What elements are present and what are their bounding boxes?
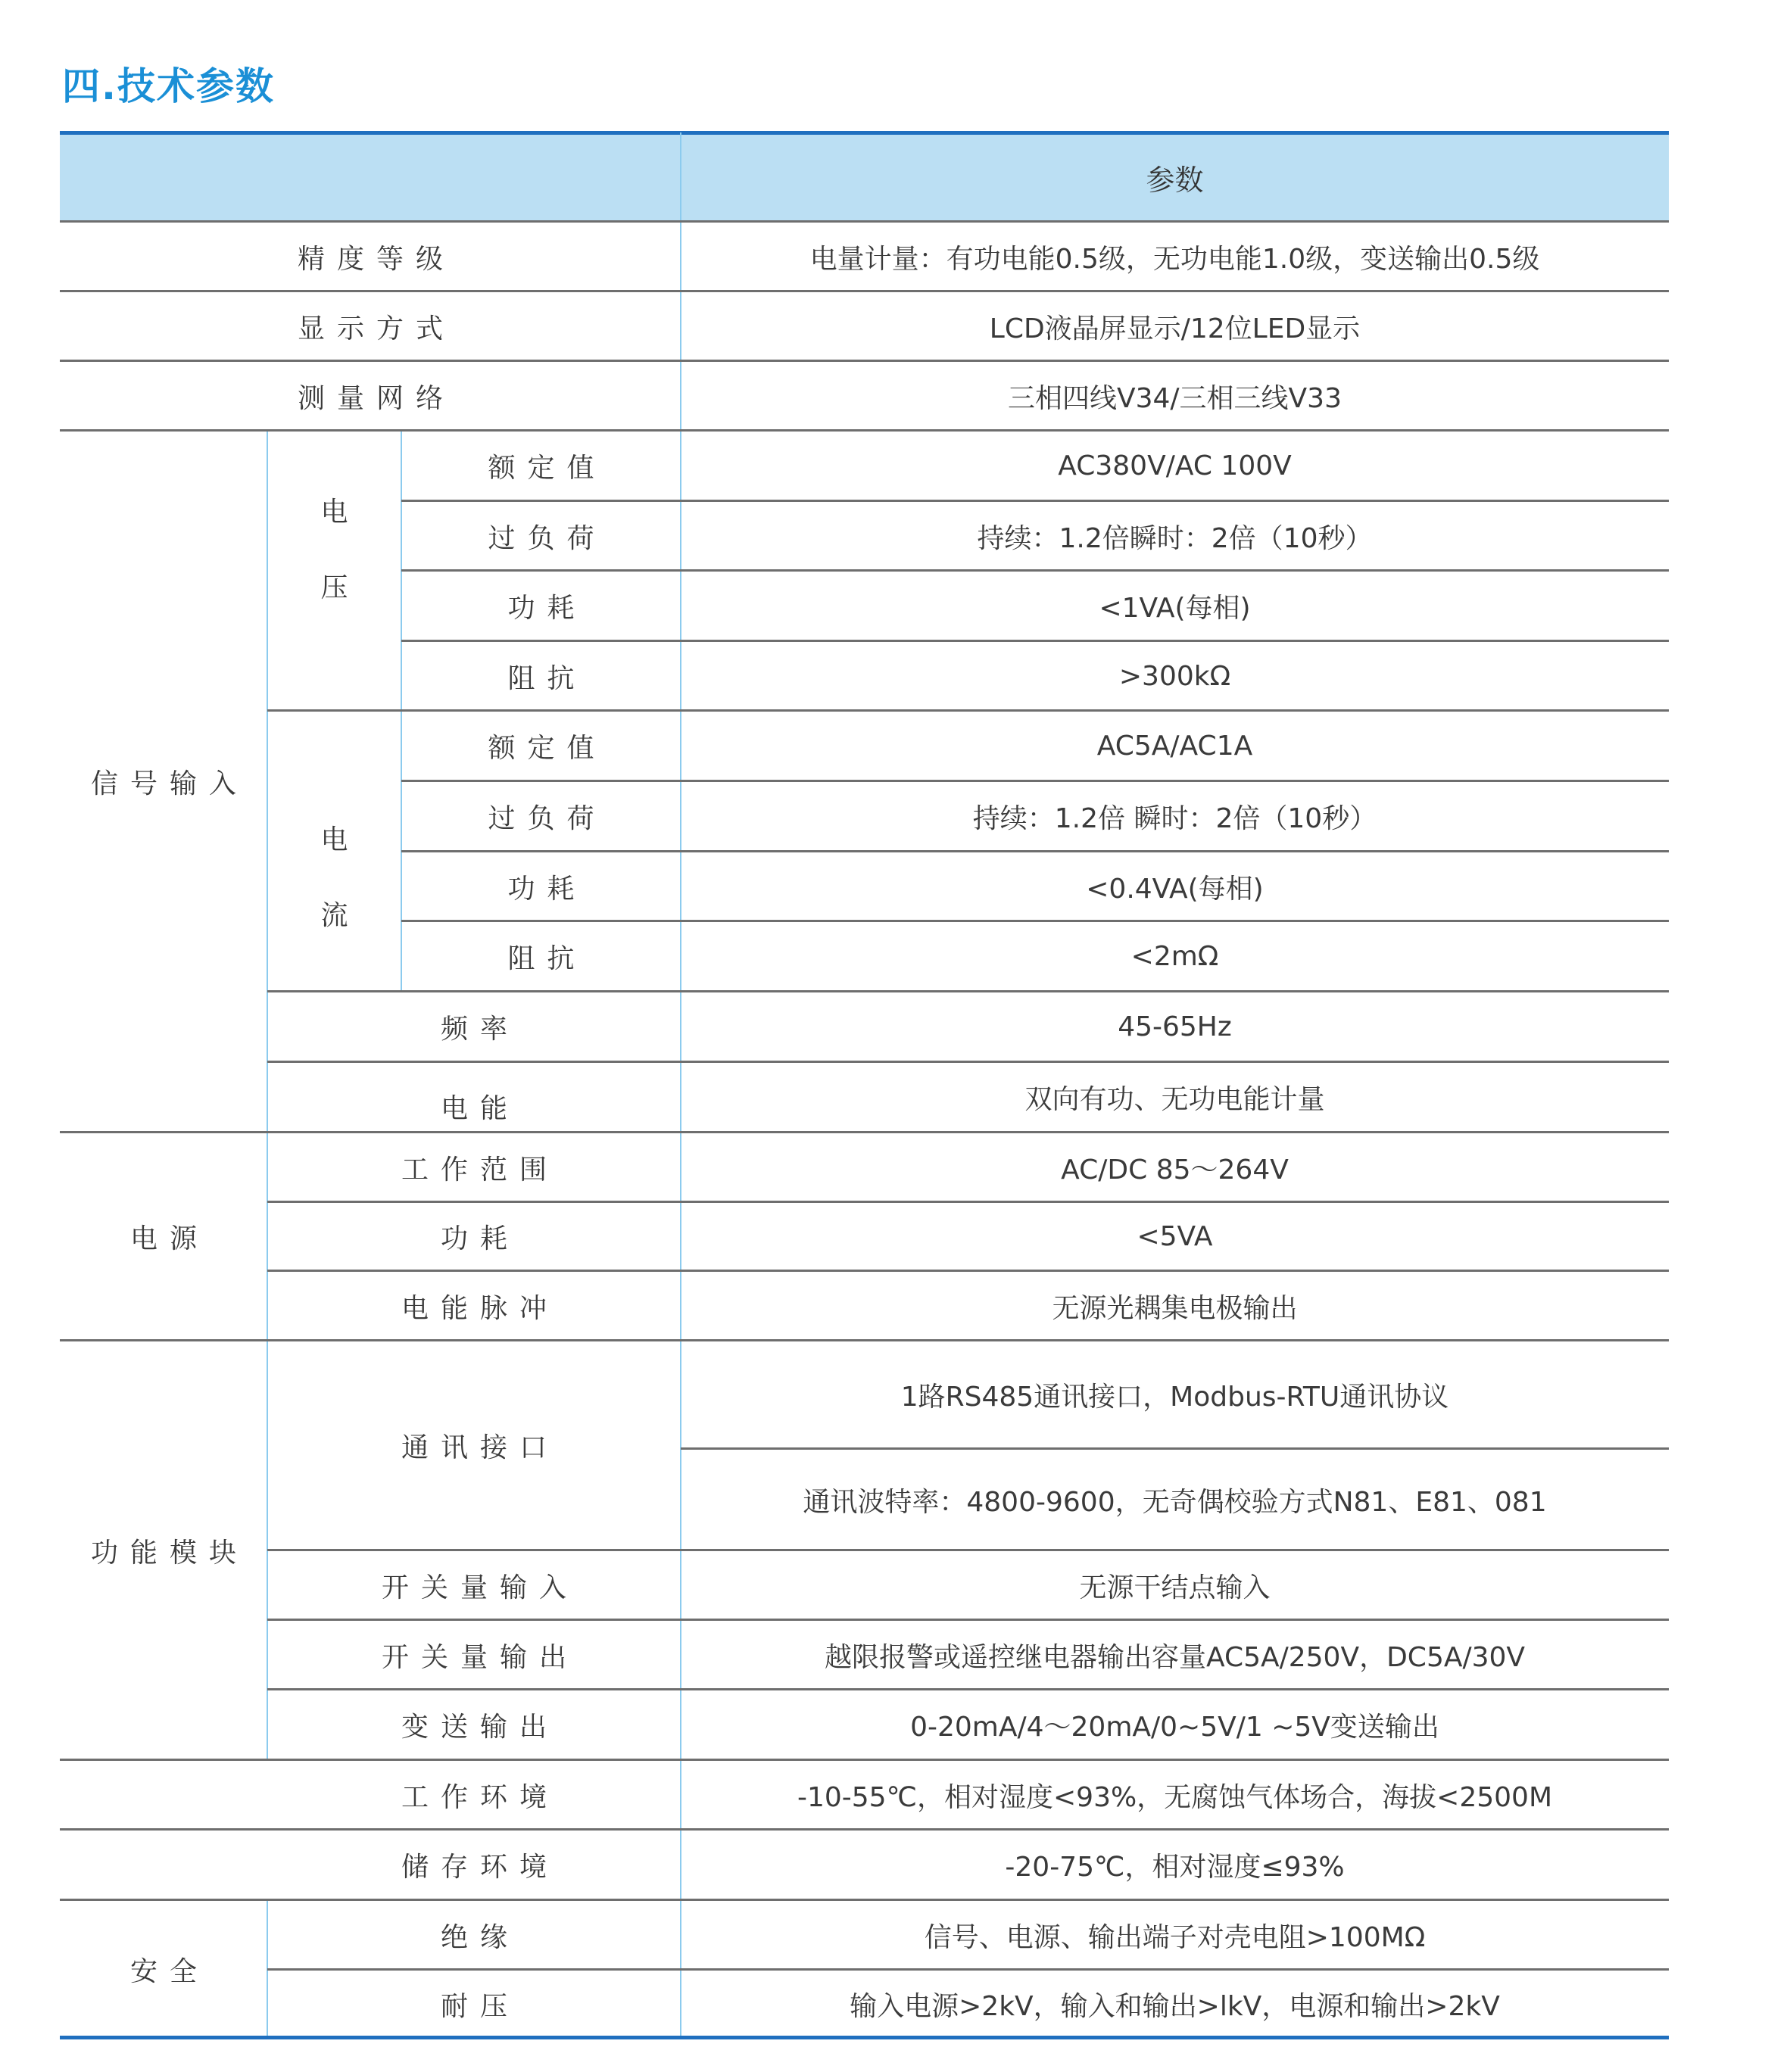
row-value: 1路RS485通讯接口，Modbus-RTU通讯协议 — [681, 1341, 1669, 1449]
row-value: <5VA — [681, 1202, 1669, 1271]
row-value: 45-65Hz — [681, 992, 1669, 1062]
header-value-col: 参数 — [681, 132, 1669, 222]
row-value: <1VA(每相) — [681, 571, 1669, 641]
subgroup-char: 流 — [320, 878, 348, 954]
row-value: 信号、电源、输出端子对壳电阻>100MΩ — [681, 1900, 1669, 1970]
page-title: 四.技术参数 — [62, 64, 275, 109]
subgroup-char: 电 — [320, 475, 348, 550]
group-label: 信号输入 — [60, 431, 267, 1132]
row-value: 越限报警或遥控继电器输出容量AC5A/250V，DC5A/30V — [681, 1620, 1669, 1690]
row-label: 额定值 — [401, 431, 681, 501]
row-label: 功耗 — [401, 571, 681, 641]
row-value: <0.4VA(每相) — [681, 852, 1669, 921]
row-value: >300kΩ — [681, 641, 1669, 711]
row-label: 工作环境 — [267, 1760, 681, 1830]
row-value: AC5A/AC1A — [681, 711, 1669, 781]
header-name-col — [60, 132, 681, 222]
row-value: <2mΩ — [681, 921, 1669, 992]
row-label: 过负荷 — [401, 501, 681, 571]
row-value: 输入电源>2kV，输入和输出>lkV，电源和输出>2kV — [681, 1970, 1669, 2038]
row-label: 功耗 — [401, 852, 681, 921]
row-label: 过负荷 — [401, 781, 681, 852]
row-value: 无源干结点输入 — [681, 1550, 1669, 1620]
row-value: -10-55℃，相对湿度<93%，无腐蚀气体场合，海拔<2500M — [681, 1760, 1669, 1830]
row-label: 显示方式 — [60, 291, 681, 361]
row-value: AC380V/AC 100V — [681, 431, 1669, 501]
group-label: 电源 — [60, 1133, 267, 1341]
row-label: 阻抗 — [401, 641, 681, 711]
subgroup-label-current: 电 流 — [267, 757, 401, 999]
row-value: 无源光耦集电极输出 — [681, 1271, 1669, 1341]
row-value: 双向有功、无功电能计量 — [681, 1062, 1669, 1133]
group-label: 功能模块 — [60, 1341, 267, 1760]
row-label: 额定值 — [401, 711, 681, 781]
row-value: -20-75℃，相对湿度≤93% — [681, 1830, 1669, 1900]
row-label: 阻抗 — [401, 921, 681, 992]
row-label: 绝缘 — [267, 1900, 681, 1970]
subgroup-label-voltage: 电 压 — [267, 431, 401, 670]
group-label: 安全 — [60, 1900, 267, 2038]
row-value: 电量计量：有功电能0.5级，无功电能1.0级，变送输出0.5级 — [681, 222, 1669, 291]
row-value: 0-20mA/4～20mA/0~5V/1 ~5V变送输出 — [681, 1690, 1669, 1760]
row-value: 持续：1.2倍瞬时：2倍（10秒） — [681, 501, 1669, 571]
row-label: 电能 — [267, 1071, 681, 1142]
row-label: 精度等级 — [60, 222, 681, 291]
row-label: 储存环境 — [267, 1830, 681, 1900]
row-value: 通讯波特率：4800-9600，无奇偶校验方式N81、E81、081 — [681, 1449, 1669, 1550]
row-label: 耐压 — [267, 1970, 681, 2038]
row-label: 通讯接口 — [267, 1341, 681, 1550]
row-value: AC/DC 85～264V — [681, 1133, 1669, 1202]
subgroup-char: 压 — [320, 550, 348, 626]
row-value: 三相四线V34/三相三线V33 — [681, 361, 1669, 431]
row-value: 持续：1.2倍 瞬时：2倍（10秒） — [681, 781, 1669, 852]
row-label: 电能脉冲 — [267, 1271, 681, 1341]
row-label: 开关量输入 — [267, 1550, 681, 1620]
row-label: 测量网络 — [60, 361, 681, 431]
row-label: 变送输出 — [267, 1690, 681, 1760]
row-label: 功耗 — [267, 1202, 681, 1271]
row-label: 开关量输出 — [267, 1620, 681, 1690]
subgroup-char: 电 — [320, 802, 348, 878]
row-value: LCD液晶屏显示/12位LED显示 — [681, 291, 1669, 361]
row-label: 工作范围 — [267, 1133, 681, 1202]
row-label: 频率 — [267, 992, 681, 1062]
